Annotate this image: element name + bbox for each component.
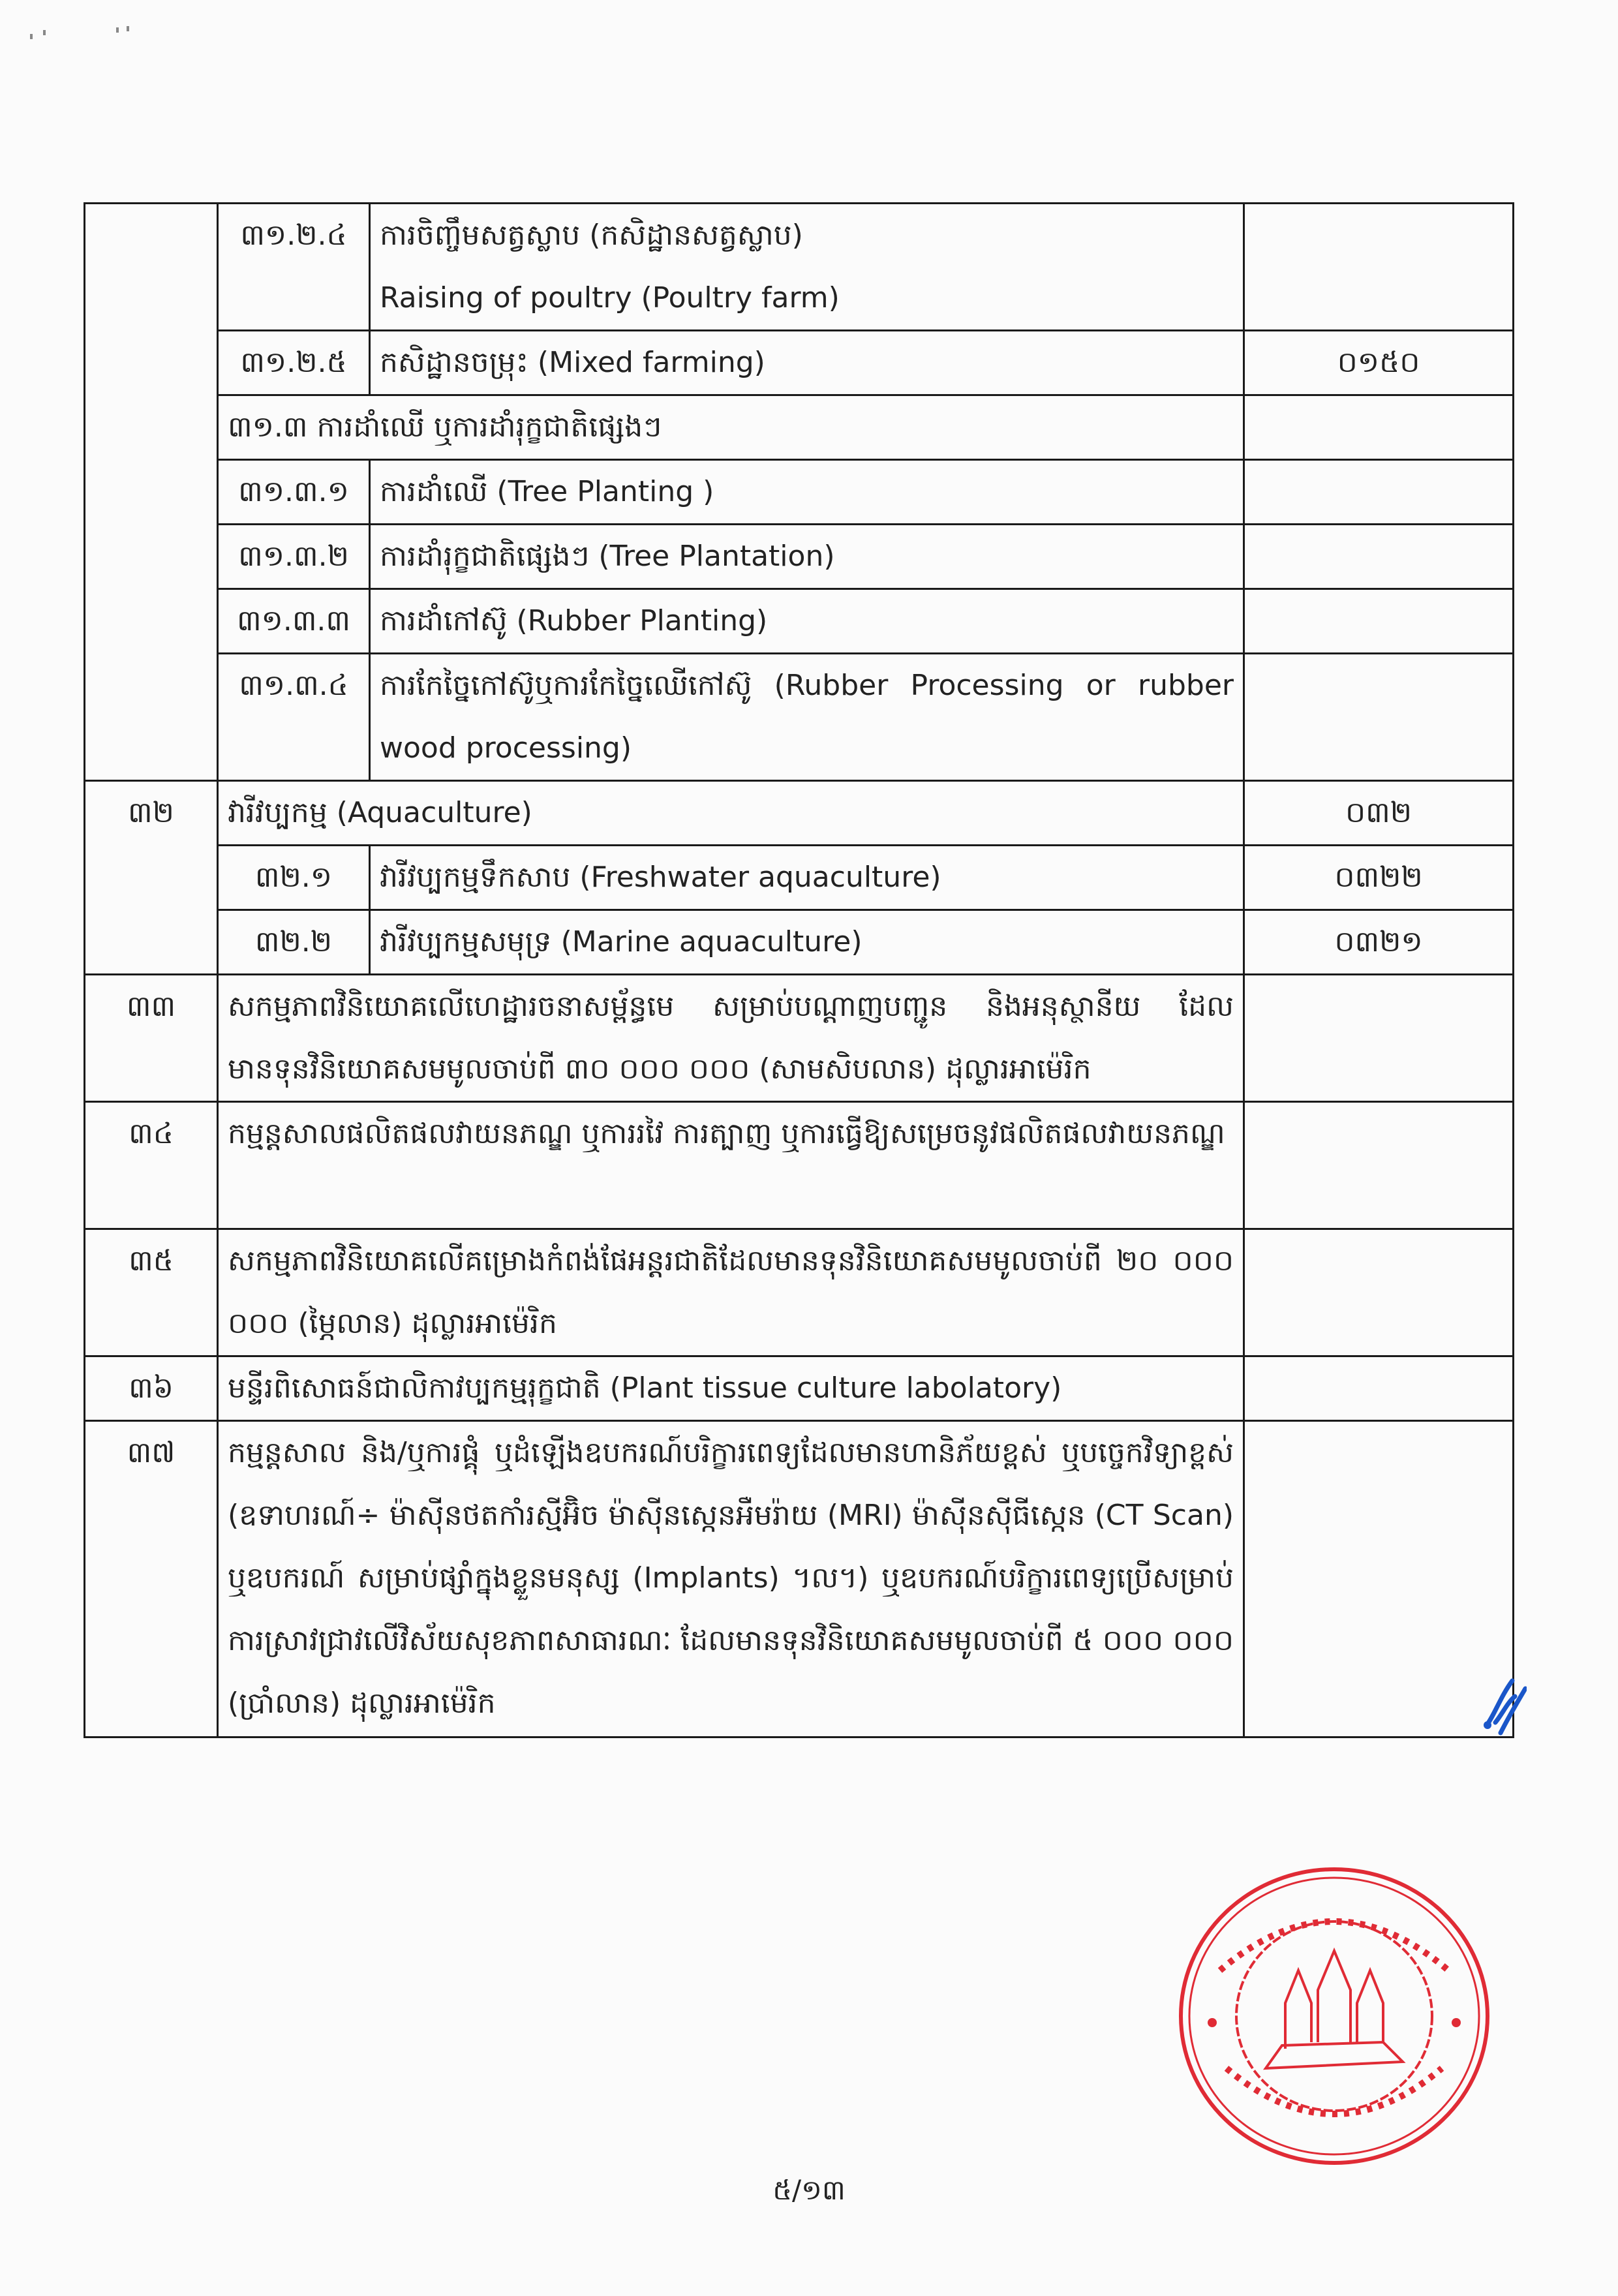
code-cell <box>1244 395 1514 460</box>
code-cell <box>1244 589 1514 654</box>
code-cell <box>1244 1229 1514 1356</box>
activity-number-cell <box>85 204 218 781</box>
table-row: ៣២.២ វារីវប្បកម្មសមុទ្រ (Marine aquacult… <box>85 910 1514 975</box>
code-cell <box>1244 460 1514 525</box>
activity-description: ការដាំរុក្ខជាតិផ្សេងៗ (Tree Plantation) <box>370 525 1244 589</box>
activity-description: កសិដ្ឋានចម្រុះ (Mixed farming) <box>370 331 1244 395</box>
table-row: ៣១.៣ ការដាំឈើ ឬការដាំរុក្ខជាតិផ្សេងៗ <box>85 395 1514 460</box>
activity-description: កម្មន្តសាលផលិតផលវាយនភណ្ឌ ឬការរវៃ ការត្បា… <box>218 1102 1244 1229</box>
code-cell <box>1244 1356 1514 1421</box>
activity-description: មន្ទីរពិសោធន៍ជាលិកាវប្បកម្មរុក្ខជាតិ (Pl… <box>218 1356 1244 1421</box>
activity-number-cell: ៣៥ <box>85 1229 218 1356</box>
activity-number-cell: ៣៤ <box>85 1102 218 1229</box>
sub-number-cell: ៣១.៣.៣ <box>218 589 370 654</box>
activity-description: ការដាំឈើ (Tree Planting ) <box>370 460 1244 525</box>
table-row: ៣១.៣.១ ការដាំឈើ (Tree Planting ) <box>85 460 1514 525</box>
activity-description: វារីវប្បកម្មសមុទ្រ (Marine aquaculture) <box>370 910 1244 975</box>
code-cell: ០៣២២ <box>1244 846 1514 910</box>
sub-number-cell: ៣១.៣.៤ <box>218 654 370 781</box>
sub-number-cell: ៣១.២.៤ <box>218 204 370 331</box>
table-row: ៣១.២.៥ កសិដ្ឋានចម្រុះ (Mixed farming) ០១… <box>85 331 1514 395</box>
activity-description: វារីវប្បកម្ម (Aquaculture) <box>218 781 1244 846</box>
code-cell <box>1244 975 1514 1102</box>
code-cell <box>1244 1102 1514 1229</box>
sub-number-cell: ៣២.២ <box>218 910 370 975</box>
code-cell <box>1244 654 1514 781</box>
activity-description: វារីវប្បកម្មទឹកសាប (Freshwater aquacultu… <box>370 846 1244 910</box>
table-row: ៣៥ សកម្មភាពវិនិយោគលើគម្រោងកំពង់ផែអន្តរជា… <box>85 1229 1514 1356</box>
sub-number-cell: ៣១.២.៥ <box>218 331 370 395</box>
signature-icon <box>1481 1677 1527 1736</box>
sub-number-cell: ៣១.៣.១ <box>218 460 370 525</box>
table-row: ៣៤ កម្មន្តសាលផលិតផលវាយនភណ្ឌ ឬការរវៃ ការត… <box>85 1102 1514 1229</box>
table-row: ៣១.៣.៤ ការកែច្នៃកៅស៊ូឬការកែច្នៃឈើកៅស៊ូ (… <box>85 654 1514 781</box>
page-number: ៥/១៣ <box>0 2173 1618 2213</box>
table-row: ៣១.៣.២ ការដាំរុក្ខជាតិផ្សេងៗ (Tree Plant… <box>85 525 1514 589</box>
table-row: ៣៣ សកម្មភាពវិនិយោគលើហេដ្ឋារចនាសម្ព័ន្ធមេ… <box>85 975 1514 1102</box>
description-khmer: ការចិញ្ចឹមសត្វស្លាប (កសិដ្ឋានសត្វស្លាប) <box>380 204 1234 267</box>
table-row: ៣១.២.៤ ការចិញ្ចឹមសត្វស្លាប (កសិដ្ឋានសត្វ… <box>85 204 1514 331</box>
table-row: ៣៦ មន្ទីរពិសោធន៍ជាលិកាវប្បកម្មរុក្ខជាតិ … <box>85 1356 1514 1421</box>
activity-description: សកម្មភាពវិនិយោគលើគម្រោងកំពង់ផែអន្តរជាតិដ… <box>218 1229 1244 1356</box>
sub-number-cell: ៣២.១ <box>218 846 370 910</box>
scan-artifact <box>30 34 33 39</box>
code-cell <box>1244 204 1514 331</box>
sub-number-cell: ៣១.៣.២ <box>218 525 370 589</box>
description-english: Raising of poultry (Poultry farm) <box>380 267 1234 329</box>
activity-number-cell: ៣៦ <box>85 1356 218 1421</box>
table-row: ៣១.៣.៣ ការដាំកៅស៊ូ (Rubber Planting) <box>85 589 1514 654</box>
code-cell <box>1244 1421 1514 1737</box>
investment-activities-table: ៣១.២.៤ ការចិញ្ចឹមសត្វស្លាប (កសិដ្ឋានសត្វ… <box>84 202 1514 1738</box>
activity-number-cell: ៣៣ <box>85 975 218 1102</box>
official-seal-icon <box>1168 1853 1501 2173</box>
section-heading: ៣១.៣ ការដាំឈើ ឬការដាំរុក្ខជាតិផ្សេងៗ <box>218 395 1244 460</box>
activity-description: សកម្មភាពវិនិយោគលើហេដ្ឋារចនាសម្ព័ន្ធមេ សម… <box>218 975 1244 1102</box>
code-cell: ០៣២ <box>1244 781 1514 846</box>
code-cell <box>1244 525 1514 589</box>
activity-description: ការចិញ្ចឹមសត្វស្លាប (កសិដ្ឋានសត្វស្លាប) … <box>370 204 1244 331</box>
activity-number-cell: ៣២ <box>85 781 218 975</box>
code-cell: ០៣២១ <box>1244 910 1514 975</box>
scan-artifact <box>127 26 129 31</box>
activity-description: កម្មន្តសាល និង/ឬការផ្គុំ ឬដំឡើងឧបករណ៍បរិ… <box>218 1421 1244 1737</box>
scan-artifact <box>43 30 46 35</box>
code-cell: ០១៥០ <box>1244 331 1514 395</box>
activity-description: ការដាំកៅស៊ូ (Rubber Planting) <box>370 589 1244 654</box>
table-row: ៣២.១ វារីវប្បកម្មទឹកសាប (Freshwater aqua… <box>85 846 1514 910</box>
table-row: ៣៧ កម្មន្តសាល និង/ឬការផ្គុំ ឬដំឡើងឧបករណ៍… <box>85 1421 1514 1737</box>
scan-artifact <box>116 27 119 33</box>
activity-number-cell: ៣៧ <box>85 1421 218 1737</box>
table-row: ៣២ វារីវប្បកម្ម (Aquaculture) ០៣២ <box>85 781 1514 846</box>
activity-description: ការកែច្នៃកៅស៊ូឬការកែច្នៃឈើកៅស៊ូ (Rubber … <box>370 654 1244 781</box>
